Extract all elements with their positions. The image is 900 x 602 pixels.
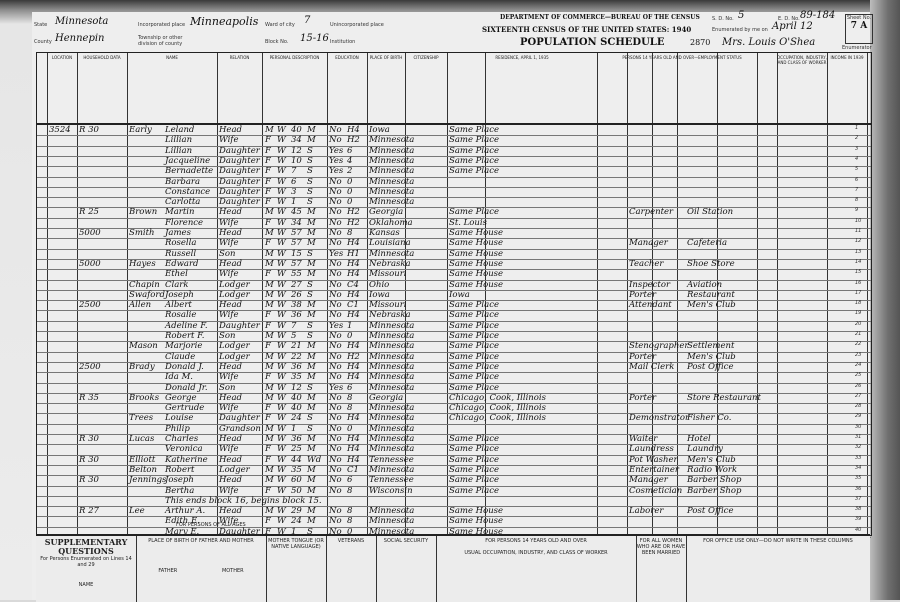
- cell-age: 3: [291, 187, 296, 197]
- cell-marital: M: [307, 403, 316, 413]
- cell-marital: M: [307, 465, 316, 475]
- cell-industry: Men's Club: [687, 300, 736, 310]
- cell-residence: Same House: [449, 280, 503, 290]
- cell-school: No: [329, 434, 342, 444]
- persons14-label: FOR PERSONS 14 YEARS OLD AND OVER: [436, 538, 636, 544]
- cell-residence: Same Place: [449, 300, 499, 310]
- line-number: 27: [855, 393, 861, 399]
- line-number: 39: [855, 516, 861, 522]
- column-header: CITIZENSHIP: [405, 55, 447, 60]
- cell-given: Louise: [165, 413, 193, 423]
- cell-surname: Chapin: [129, 280, 160, 290]
- cell-residence: Same Place: [449, 310, 499, 320]
- cell-race: W: [277, 290, 286, 300]
- township-label: Township or other division of county: [138, 35, 198, 47]
- cell-residence: Same Place: [449, 465, 499, 475]
- cell-sex: F: [265, 444, 271, 454]
- cell-sex: M: [265, 207, 274, 217]
- column-header: HOUSEHOLD DATA: [77, 55, 127, 60]
- cell-birthplace: Minnesota: [369, 465, 414, 475]
- cell-relation: Daughter: [219, 156, 260, 166]
- cell-value: R 27: [79, 506, 99, 516]
- line-number: 18: [855, 300, 861, 306]
- veterans-box: VETERANS: [326, 536, 377, 600]
- line-number: 4: [855, 156, 858, 162]
- cell-given: Lillian: [165, 135, 192, 145]
- column-header: LOCATION: [47, 55, 77, 60]
- stamp-number: 2870: [690, 38, 710, 47]
- cell-relation: Grandson: [219, 424, 261, 434]
- cell-birthplace: Minnesota: [369, 331, 414, 341]
- supplementary-questions-box: SUPPLEMENTARY QUESTIONS For Persons Enum…: [36, 536, 137, 600]
- cell-birthplace: Tennessee: [369, 455, 414, 465]
- cell-sex: F: [265, 156, 271, 166]
- cell-given: Lillian: [165, 146, 192, 156]
- cell-residence: Same Place: [449, 486, 499, 496]
- cell-marital: S: [307, 290, 313, 300]
- cell-school: No: [329, 238, 342, 248]
- cell-relation: Wife: [219, 238, 238, 248]
- cell-sex: F: [265, 403, 271, 413]
- cell-residence: Same House: [449, 506, 503, 516]
- cell-value: R 25: [79, 207, 99, 217]
- cell-grade: H4: [347, 290, 360, 300]
- line-number: 36: [855, 486, 861, 492]
- cell-given: Ida M.: [165, 372, 193, 382]
- cell-residence: Same Place: [449, 341, 499, 351]
- cell-industry: Cafeteria: [687, 238, 727, 248]
- cell-given: Charles: [165, 434, 198, 444]
- cell-race: W: [277, 516, 286, 526]
- cell-school: No: [329, 486, 342, 496]
- cell-relation: Daughter: [219, 413, 260, 423]
- cell-race: W: [277, 187, 286, 197]
- cell-age: 29: [291, 506, 302, 516]
- cell-sex: M: [265, 249, 274, 259]
- cell-industry: Laundry: [687, 444, 723, 454]
- cell-grade: 2: [347, 166, 352, 176]
- line-number: 11: [855, 228, 861, 234]
- line-number: 1: [855, 125, 858, 131]
- ed-value: 89-184: [800, 10, 835, 21]
- enumerated-date: April 12: [772, 21, 813, 32]
- cell-school: No: [329, 259, 342, 269]
- cell-relation: Wife: [219, 486, 238, 496]
- cell-school: No: [329, 269, 342, 279]
- cell-age: 22: [291, 352, 302, 362]
- cell-given: Bertha: [165, 486, 194, 496]
- cell-sex: F: [265, 197, 271, 207]
- cell-school: No: [329, 465, 342, 475]
- cell-grade: 0: [347, 331, 352, 341]
- cell-sex: M: [265, 352, 274, 362]
- cell-sex: F: [265, 135, 271, 145]
- cell-race: W: [277, 228, 286, 238]
- cell-race: W: [277, 259, 286, 269]
- cell-race: W: [277, 321, 286, 331]
- column-header: OCCUPATION, INDUSTRY, AND CLASS OF WORKE…: [777, 55, 827, 65]
- cell-residence: Same Place: [449, 475, 499, 485]
- cell-marital: S: [307, 187, 313, 197]
- cell-residence: Same Place: [449, 372, 499, 382]
- cell-birthplace: Minnesota: [369, 516, 414, 526]
- census-page: State Minnesota County Hennepin Incorpor…: [0, 0, 900, 600]
- cell-school: No: [329, 135, 342, 145]
- enumerator-label: Enumerator: [842, 45, 872, 51]
- cell-sex: M: [265, 506, 274, 516]
- cell-birthplace: Ohio: [369, 280, 389, 290]
- cell-sex: F: [265, 187, 271, 197]
- cell-sex: F: [265, 146, 271, 156]
- cell-sex: M: [265, 280, 274, 290]
- line-number: 26: [855, 383, 861, 389]
- cell-residence: Same Place: [449, 434, 499, 444]
- cell-given: Gertrude: [165, 403, 204, 413]
- cell-given: Clark: [165, 280, 189, 290]
- cell-school: No: [329, 516, 342, 526]
- cell-race: W: [277, 506, 286, 516]
- cell-school: No: [329, 331, 342, 341]
- cell-occupation: Laundress: [629, 444, 674, 454]
- cell-sex: F: [265, 218, 271, 228]
- cell-grade: H4: [347, 310, 360, 320]
- cell-relation: Wife: [219, 269, 238, 279]
- cell-marital: M: [307, 372, 316, 382]
- cell-race: W: [277, 362, 286, 372]
- cell-race: W: [277, 352, 286, 362]
- cell-grade: H2: [347, 207, 360, 217]
- cell-residence: Same Place: [449, 331, 499, 341]
- cell-given: Joseph: [165, 290, 194, 300]
- cell-grade: H4: [347, 455, 360, 465]
- cell-school: No: [329, 352, 342, 362]
- cell-relation: Head: [219, 393, 242, 403]
- sd-label: S. D. No.: [712, 16, 734, 22]
- cell-sex: F: [265, 310, 271, 320]
- cell-occupation: Pot Washer: [629, 455, 678, 465]
- cell-school: No: [329, 125, 342, 135]
- cell-marital: M: [307, 393, 316, 403]
- cell-given: Barbara: [165, 177, 200, 187]
- block-label: Block No.: [265, 39, 288, 45]
- cell-given: Rosella: [165, 238, 196, 248]
- cell-marital: S: [307, 321, 313, 331]
- line-number: 7: [855, 187, 858, 193]
- cell-given: Philip: [165, 424, 190, 434]
- cell-marital: S: [307, 197, 313, 207]
- cell-school: No: [329, 424, 342, 434]
- cell-race: W: [277, 207, 286, 217]
- cell-residence: Same Place: [449, 125, 499, 135]
- line-number: 29: [855, 413, 861, 419]
- cell-marital: S: [307, 177, 313, 187]
- incorporated-place-value: Minneapolis: [190, 15, 258, 28]
- cell-value: R 30: [79, 455, 99, 465]
- cell-age: 15: [291, 249, 302, 259]
- office-use-box: FOR OFFICE USE ONLY—DO NOT WRITE IN THES…: [686, 536, 870, 600]
- cell-birthplace: Minnesota: [369, 403, 414, 413]
- line-number: 9: [855, 207, 858, 213]
- cell-birthplace: Minnesota: [369, 362, 414, 372]
- cell-age: 24: [291, 516, 302, 526]
- cell-marital: S: [307, 424, 313, 434]
- parents-birthplace-box: PLACE OF BIRTH OF FATHER AND MOTHER FATH…: [136, 536, 267, 600]
- cell-industry: Barber Shop: [687, 475, 741, 485]
- cell-industry: Fisher Co.: [687, 413, 731, 423]
- supplementary-section: SUPPLEMENTARY QUESTIONS For Persons Enum…: [36, 534, 870, 600]
- department-title: DEPARTMENT OF COMMERCE—BUREAU OF THE CEN…: [500, 14, 700, 21]
- cell-age: 36: [291, 362, 302, 372]
- census-table: LOCATIONHOUSEHOLD DATANAMERELATIONPERSON…: [36, 52, 872, 536]
- cell-residence: Same Place: [449, 207, 499, 217]
- cell-sex: M: [265, 434, 274, 444]
- cell-birthplace: Minnesota: [369, 413, 414, 423]
- cell-race: W: [277, 238, 286, 248]
- cell-relation: Head: [219, 228, 242, 238]
- cell-school: Yes: [329, 321, 343, 331]
- cell-industry: Post Office: [687, 362, 733, 372]
- cell-value: 2500: [79, 362, 101, 372]
- cell-industry: Aviation: [687, 280, 722, 290]
- cell-marital: M: [307, 516, 316, 526]
- cell-grade: 8: [347, 403, 352, 413]
- cell-birthplace: Minnesota: [369, 197, 414, 207]
- cell-value: R 35: [79, 393, 99, 403]
- cell-age: 7: [291, 321, 296, 331]
- cell-relation: Lodger: [219, 290, 250, 300]
- cell-occupation: Demonstrator: [629, 413, 689, 423]
- cell-age: 60: [291, 475, 302, 485]
- cell-residence: Same Place: [449, 135, 499, 145]
- cell-grade: 8: [347, 486, 352, 496]
- women-married-label: FOR ALL WOMEN WHO ARE OR HAVE BEEN MARRI…: [636, 538, 686, 556]
- cell-age: 1: [291, 197, 296, 207]
- line-number: 38: [855, 506, 861, 512]
- cell-race: W: [277, 146, 286, 156]
- cell-marital: M: [307, 506, 316, 516]
- cell-occupation: Manager: [629, 475, 668, 485]
- cell-relation: Daughter: [219, 146, 260, 156]
- cell-age: 35: [291, 372, 302, 382]
- cell-marital: M: [307, 486, 316, 496]
- cell-sex: M: [265, 125, 274, 135]
- cell-race: W: [277, 372, 286, 382]
- cell-relation: Wife: [219, 372, 238, 382]
- cell-race: W: [277, 413, 286, 423]
- cell-given: Leland: [165, 125, 194, 135]
- mother-tongue-label: MOTHER TONGUE (OR NATIVE LANGUAGE): [266, 538, 326, 550]
- cell-residence: Same Place: [449, 362, 499, 372]
- cell-age: 38: [291, 300, 302, 310]
- line-number: 2: [855, 135, 858, 141]
- sd-value: 5: [738, 10, 744, 21]
- cell-marital: M: [307, 362, 316, 372]
- cell-sex: M: [265, 300, 274, 310]
- cell-sex: F: [265, 486, 271, 496]
- cell-marital: M: [307, 125, 316, 135]
- line-number: 37: [855, 496, 861, 502]
- cell-occupation: Stenographer: [629, 341, 688, 351]
- cell-given: This ends block 16, begins block 15.: [165, 496, 322, 506]
- cell-grade: H4: [347, 125, 360, 135]
- supplementary-title: SUPPLEMENTARY QUESTIONS: [36, 538, 136, 556]
- cell-marital: S: [307, 156, 313, 166]
- cell-race: W: [277, 249, 286, 259]
- cell-race: W: [277, 434, 286, 444]
- cell-industry: Hotel: [687, 434, 711, 444]
- cell-industry: Settlement: [687, 341, 734, 351]
- column-header: PERSONS 14 YEARS OLD AND OVER—EMPLOYMENT…: [597, 55, 767, 60]
- line-number: 8: [855, 197, 858, 203]
- cell-given: Robert: [165, 465, 194, 475]
- cell-sex: M: [265, 424, 274, 434]
- cell-residence: Chicago, Cook, Illinois: [449, 393, 546, 403]
- state-value: Minnesota: [55, 16, 108, 27]
- state-label: State: [34, 22, 47, 28]
- cell-relation: Daughter: [219, 197, 260, 207]
- cell-race: W: [277, 331, 286, 341]
- cell-residence: Same House: [449, 516, 503, 526]
- cell-sex: M: [265, 259, 274, 269]
- cell-surname: Jennings: [129, 475, 166, 485]
- cell-value: 2500: [79, 300, 101, 310]
- cell-age: 21: [291, 341, 302, 351]
- cell-race: W: [277, 197, 286, 207]
- cell-grade: H4: [347, 362, 360, 372]
- parents-birthplace-label: PLACE OF BIRTH OF FATHER AND MOTHER: [136, 538, 266, 544]
- cell-race: W: [277, 486, 286, 496]
- cell-school: No: [329, 455, 342, 465]
- cell-school: No: [329, 372, 342, 382]
- cell-birthplace: Georgia: [369, 393, 403, 403]
- cell-race: W: [277, 444, 286, 454]
- cell-birthplace: Missouri: [369, 300, 407, 310]
- county-label: County: [34, 39, 52, 45]
- cell-age: 24: [291, 413, 302, 423]
- cell-sex: M: [265, 331, 274, 341]
- cell-sex: F: [265, 372, 271, 382]
- cell-school: No: [329, 341, 342, 351]
- line-number: 5: [855, 166, 858, 172]
- cell-occupation: Cosmetician: [629, 486, 682, 496]
- schedule-title: POPULATION SCHEDULE: [520, 37, 664, 48]
- cell-birthplace: Minnesota: [369, 177, 414, 187]
- line-number: 34: [855, 465, 861, 471]
- cell-race: W: [277, 177, 286, 187]
- cell-marital: S: [307, 413, 313, 423]
- cell-grade: 8: [347, 506, 352, 516]
- cell-birthplace: Minnesota: [369, 434, 414, 444]
- cell-school: No: [329, 218, 342, 228]
- cell-school: No: [329, 290, 342, 300]
- line-number: 10: [855, 218, 861, 224]
- cell-birthplace: Minnesota: [369, 321, 414, 331]
- cell-relation: Daughter: [219, 177, 260, 187]
- cell-sex: F: [265, 177, 271, 187]
- unincorporated-label: Unincorporated place: [330, 22, 384, 28]
- cell-grade: 8: [347, 393, 352, 403]
- cell-grade: H4: [347, 259, 360, 269]
- cell-given: Florence: [165, 218, 203, 228]
- cell-grade: 6: [347, 475, 352, 485]
- line-number: 12: [855, 238, 861, 244]
- cell-occupation: Mail Clerk: [629, 362, 674, 372]
- cell-given: Joseph: [165, 475, 194, 485]
- cell-marital: M: [307, 269, 316, 279]
- cell-age: 57: [291, 228, 302, 238]
- father-label: FATHER: [158, 568, 177, 574]
- cell-given: Ethel: [165, 269, 188, 279]
- cell-race: W: [277, 269, 286, 279]
- cell-value: R 30: [79, 434, 99, 444]
- cell-relation: Head: [219, 125, 242, 135]
- cell-race: W: [277, 455, 286, 465]
- cell-grade: 8: [347, 228, 352, 238]
- incorporated-place-label: Incorporated place: [138, 22, 185, 28]
- cell-surname: Smith: [129, 228, 155, 238]
- cell-given: Jacqueline: [165, 156, 210, 166]
- cell-marital: S: [307, 383, 313, 393]
- cell-industry: Shoe Store: [687, 259, 735, 269]
- cell-sex: M: [265, 290, 274, 300]
- cell-given: Veronica: [165, 444, 203, 454]
- cell-value: R 30: [79, 125, 99, 135]
- cell-school: No: [329, 444, 342, 454]
- cell-given: George: [165, 393, 196, 403]
- column-header: INCOME IN 1939: [827, 55, 867, 60]
- supplementary-subtitle: For Persons Enumerated on Lines 14 and 2…: [36, 556, 136, 568]
- cell-marital: M: [307, 352, 316, 362]
- cell-residence: Same House: [449, 259, 503, 269]
- cell-industry: Men's Club: [687, 455, 736, 465]
- page-edge-shadow: [870, 0, 900, 600]
- cell-birthplace: Minnesota: [369, 146, 414, 156]
- cell-residence: Same House: [449, 238, 503, 248]
- cell-relation: Daughter: [219, 187, 260, 197]
- cell-relation: Lodger: [219, 341, 250, 351]
- persons14-box: FOR PERSONS 14 YEARS OLD AND OVER USUAL …: [436, 536, 637, 600]
- cell-age: 34: [291, 218, 302, 228]
- cell-given: Russell: [165, 249, 196, 259]
- mother-tongue-box: MOTHER TONGUE (OR NATIVE LANGUAGE): [266, 536, 327, 600]
- column-header: PERSONAL DESCRIPTION: [262, 55, 327, 60]
- cell-given: Edward: [165, 259, 199, 269]
- cell-marital: M: [307, 207, 316, 217]
- cell-birthplace: Minnesota: [369, 135, 414, 145]
- cell-given: Bernadette: [165, 166, 213, 176]
- institution-label: Institution: [330, 39, 355, 45]
- cell-marital: M: [307, 238, 316, 248]
- cell-surname: Trees: [129, 413, 153, 423]
- cell-birthplace: Minnesota: [369, 372, 414, 382]
- cell-grade: 6: [347, 383, 352, 393]
- cell-given: Claude: [165, 352, 195, 362]
- cell-race: W: [277, 475, 286, 485]
- cell-race: W: [277, 465, 286, 475]
- cell-occupation: Laborer: [629, 506, 663, 516]
- cell-grade: H2: [347, 218, 360, 228]
- cell-race: W: [277, 218, 286, 228]
- cell-marital: S: [307, 280, 313, 290]
- cell-industry: Men's Club: [687, 352, 736, 362]
- cell-age: 44: [291, 455, 302, 465]
- cell-given: Carlotta: [165, 197, 200, 207]
- cell-birthplace: Iowa: [369, 125, 390, 135]
- column-header: PLACE OF BIRTH: [367, 55, 405, 60]
- column-header: NAME: [127, 55, 217, 60]
- cell-birthplace: Minnesota: [369, 156, 414, 166]
- cell-race: W: [277, 383, 286, 393]
